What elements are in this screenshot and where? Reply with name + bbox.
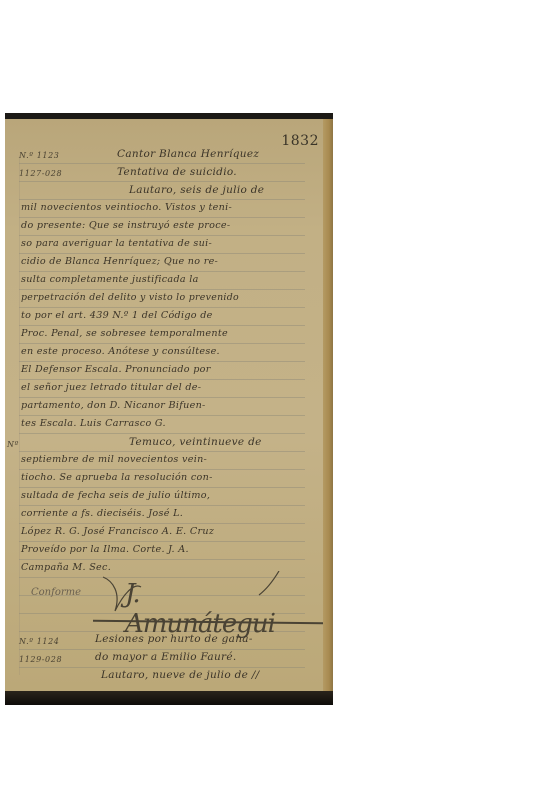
text-line: cidio de Blanca Henríquez; Que no re- — [21, 256, 218, 267]
entry-number: N.º 1123 — [19, 151, 60, 160]
ruled-line — [19, 361, 305, 362]
ruled-line — [19, 253, 305, 254]
entry-title: Lesiones por hurto de gana- — [95, 633, 253, 645]
text-line: do presente: Que se instruyó este proce- — [21, 220, 230, 231]
entry-number: N.º 1124 — [19, 637, 60, 646]
ruled-line — [19, 325, 305, 326]
signature-text: J. Amunátegui — [125, 579, 295, 639]
text-line: perpetración del delito y visto lo preve… — [21, 292, 239, 303]
ruled-line — [19, 487, 305, 488]
folio-number: 1832 — [281, 133, 319, 149]
ruled-line — [19, 415, 305, 416]
ruled-line — [19, 181, 305, 182]
ruled-line — [19, 559, 305, 560]
text-line: mil novecientos veintiocho. Vistos y ten… — [21, 202, 232, 213]
text-line: sultada de fecha seis de julio último, — [21, 490, 210, 501]
ruled-line — [19, 199, 305, 200]
text-line: tiocho. Se aprueba la resolución con- — [21, 472, 213, 483]
ruled-line — [19, 379, 305, 380]
ruled-line — [19, 433, 305, 434]
text-line: Lautaro, seis de julio de — [129, 184, 264, 196]
signature: J. Amunátegui — [95, 571, 295, 619]
text-line: sulta completamente justificada la — [21, 274, 199, 285]
text-line: Proveído por la Ilma. Corte. J. A. — [21, 544, 189, 555]
ruled-line — [19, 469, 305, 470]
case-number: 1129-028 — [19, 655, 62, 664]
page-edge — [323, 119, 333, 691]
page-bottom-shadow — [5, 691, 333, 705]
ruled-line — [19, 649, 305, 650]
case-number: 1127-028 — [19, 169, 62, 178]
entry-number: Nº — [7, 440, 19, 449]
text-line: septiembre de mil novecientos vein- — [21, 454, 207, 465]
text-line: López R. G. José Francisco A. E. Cruz — [21, 526, 214, 537]
scanned-ledger-page: 1832 N.º 1123 1127-028 Cantor Blanca Hen… — [5, 113, 333, 705]
text-line: so para averiguar la tentativa de sui- — [21, 238, 212, 249]
text-line: El Defensor Escala. Pronunciado por — [21, 364, 211, 375]
text-line: tes Escala. Luis Carrasco G. — [21, 418, 166, 429]
ledger-page: 1832 N.º 1123 1127-028 Cantor Blanca Hen… — [5, 119, 333, 691]
text-line: Proc. Penal, se sobresee temporalmente — [21, 328, 228, 339]
entry-subject: do mayor a Emilio Fauré. — [95, 651, 237, 663]
text-line: to por el art. 439 N.º 1 del Código de — [21, 310, 213, 321]
entry-title: Cantor Blanca Henríquez — [117, 148, 259, 160]
conforme-label: Conforme — [31, 587, 81, 598]
ruled-line — [19, 451, 305, 452]
ruled-line — [19, 505, 305, 506]
ruled-line — [19, 541, 305, 542]
ruled-line — [19, 271, 305, 272]
text-line: el señor juez letrado titular del de- — [21, 382, 201, 393]
text-line: Lautaro, nueve de julio de // — [101, 669, 259, 681]
ruled-line — [19, 667, 305, 668]
ruled-line — [19, 343, 305, 344]
text-line: partamento, don D. Nicanor Bifuen- — [21, 400, 206, 411]
ruled-line — [19, 307, 305, 308]
entry-subject: Tentativa de suicidio. — [117, 166, 237, 178]
ruled-line — [19, 235, 305, 236]
ruled-line — [19, 163, 305, 164]
text-line: Temuco, veintinueve de — [129, 436, 262, 448]
ruled-line — [19, 523, 305, 524]
ruled-line — [19, 397, 305, 398]
ruled-line — [19, 289, 305, 290]
text-line: en este proceso. Anótese y consúltese. — [21, 346, 220, 357]
text-line: corriente a fs. dieciséis. José L. — [21, 508, 183, 519]
ruled-line — [19, 217, 305, 218]
